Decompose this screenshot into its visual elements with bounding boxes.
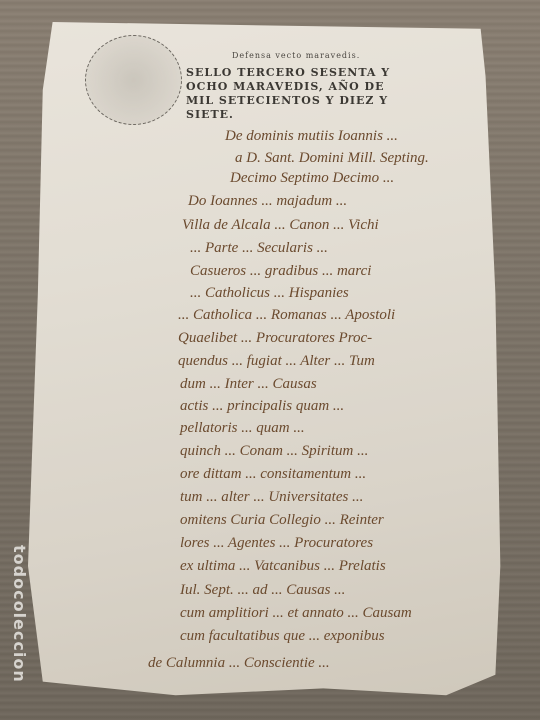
handwritten-line: cum amplitiori ... et annato ... Causam xyxy=(180,605,412,622)
handwritten-line: Iul. Sept. ... ad ... Causas ... xyxy=(180,582,345,599)
printed-header-line-2: OCHO MARAVEDIS, AÑO DE xyxy=(186,80,384,93)
handwritten-line: dum ... Inter ... Causas xyxy=(180,376,317,393)
printed-small-line: Defensa vecto maravedis. xyxy=(232,51,360,60)
handwritten-line: tum ... alter ... Universitates ... xyxy=(180,489,363,506)
watermark-text: todocoleccion xyxy=(10,545,29,683)
handwritten-line: ore dittam ... consitamentum ... xyxy=(180,466,366,483)
printed-header-line-4: SIETE. xyxy=(186,108,234,121)
handwritten-line: de Calumnia ... Conscientie ... xyxy=(148,655,330,672)
handwritten-line: cum facultatibus que ... exponibus xyxy=(180,628,385,645)
handwritten-line: omitens Curia Collegio ... Reinter xyxy=(180,512,384,529)
handwritten-line: quendus ... fugiat ... Alter ... Tum xyxy=(178,353,375,370)
printed-header-line-3: MIL SETECIENTOS Y DIEZ Y xyxy=(186,94,388,107)
handwritten-line: Decimo Septimo Decimo ... xyxy=(230,170,394,187)
handwritten-line: actis ... principalis quam ... xyxy=(180,398,344,415)
handwritten-line: Quaelibet ... Procuratores Proc- xyxy=(178,330,372,347)
handwritten-line: a D. Sant. Domini Mill. Septing. xyxy=(235,150,429,167)
handwritten-line: ... Parte ... Secularis ... xyxy=(190,240,328,257)
handwritten-line: De dominis mutiis Ioannis ... xyxy=(225,128,398,145)
handwritten-line: lores ... Agentes ... Procuratores xyxy=(180,535,373,552)
handwritten-line: quinch ... Conam ... Spiritum ... xyxy=(180,443,368,460)
stamp-seal xyxy=(85,35,182,125)
handwritten-line: pellatoris ... quam ... xyxy=(180,420,305,437)
printed-header-line-1: SELLO TERCERO SESENTA Y xyxy=(186,66,390,79)
handwritten-line: ... Catholicus ... Hispanies xyxy=(190,285,349,302)
handwritten-line: Villa de Alcala ... Canon ... Vichi xyxy=(182,217,379,234)
handwritten-line: Do Ioannes ... majadum ... xyxy=(188,193,347,210)
handwritten-line: ... Catholica ... Romanas ... Apostoli xyxy=(178,307,395,324)
handwritten-line: ex ultima ... Vatcanibus ... Prelatis xyxy=(180,558,386,575)
handwritten-line: Casueros ... gradibus ... marci xyxy=(190,263,371,280)
